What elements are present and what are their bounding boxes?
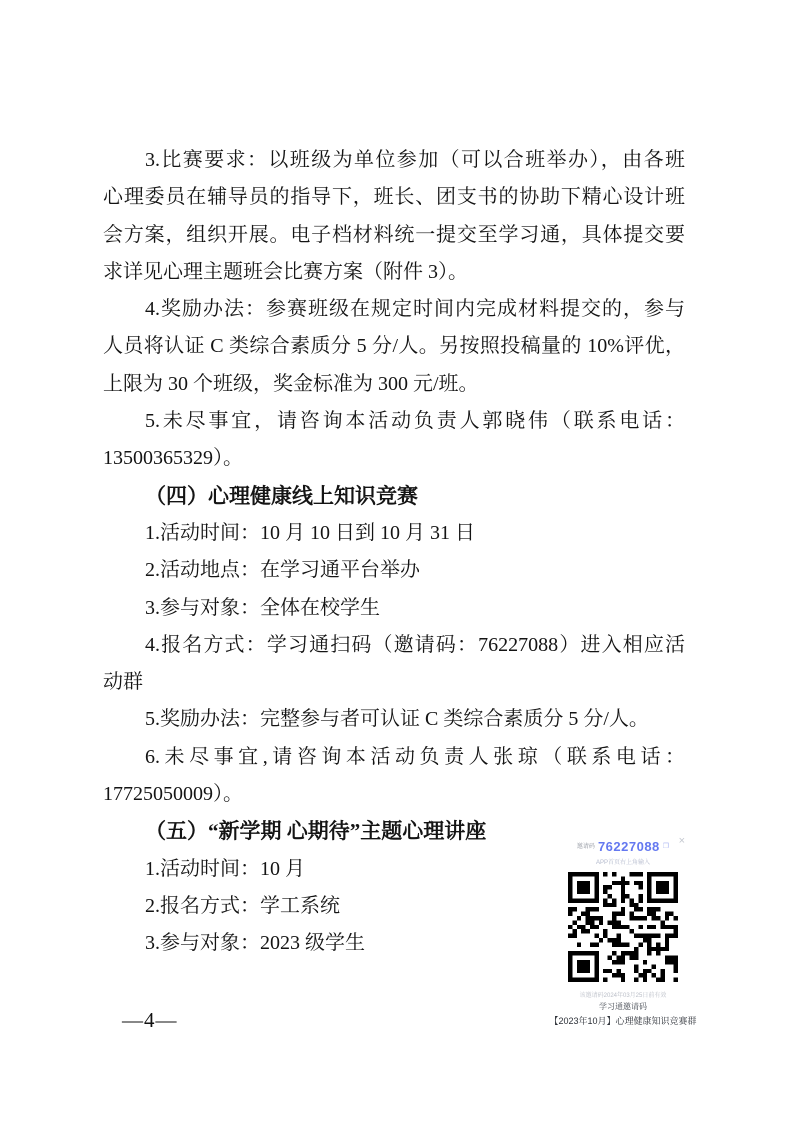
qr-group-name: 【2023年10月】心理健康知识竞赛群 [543,1014,703,1027]
text-line: 4.奖励办法：参赛班级在规定时间内完成材料提交的，参与 [103,291,685,328]
copy-icon[interactable]: ❐ [663,840,669,854]
qr-code [543,872,703,987]
document-page: 3.比赛要求：以班级为单位参加（可以合班举办），由各班 心理委员在辅导员的指导下… [0,0,793,1122]
text-line: 3.比赛要求：以班级为单位参加（可以合班举办），由各班 [103,142,685,179]
text-line: 2.活动地点：在学习通平台举办 [103,552,685,589]
xuexitong-qr-popup: × 邀请码 76227088 ❐ APP首页右上角输入 该邀请码2024年03月… [543,828,703,1016]
invite-code-label: 邀请码 [577,840,595,854]
text-line: 4.报名方式：学习通扫码（邀请码：76227088）进入相应活 [103,627,685,664]
text-line: 求详见心理主题班会比赛方案（附件 3）。 [103,254,685,291]
phone-number-line: 17725050009）。 [103,776,685,813]
qr-code-image [568,872,678,982]
text-line: 动群 [103,664,685,701]
qr-hint-text: APP首页右上角输入 [543,857,703,866]
close-icon[interactable]: × [679,836,685,847]
qr-validity-text: 该邀请码2024年03月25日前有效 [543,990,703,999]
text-line: 6.未尽事宜,请咨询本活动负责人张琼（联系电话： [103,739,685,776]
invite-code-value: 76227088 [598,840,660,854]
text-line: 上限为 30 个班级，奖金标准为 300 元/班。 [103,366,685,403]
text-line: 5.未尽事宜，请咨询本活动负责人郭晓伟（联系电话： [103,403,685,440]
text-line: 心理委员在辅导员的指导下，班长、团支书的协助下精心设计班 [103,179,685,216]
text-line: 会方案，组织开展。电子档材料统一提交至学习通，具体提交要 [103,217,685,254]
text-line: 5.奖励办法：完整参与者可认证 C 类综合素质分 5 分/人。 [103,701,685,738]
qr-source-text: 学习通邀请码 [543,1001,703,1012]
text-line: 3.参与对象：全体在校学生 [103,590,685,627]
page-number: —4— [122,1008,178,1033]
text-line: 1.活动时间：10 月 10 日到 10 月 31 日 [103,515,685,552]
phone-number-line: 13500365329）。 [103,440,685,477]
text-line: 人员将认证 C 类综合素质分 5 分/人。另按照投稿量的 10%评优， [103,328,685,365]
section-heading-4: （四）心理健康线上知识竞赛 [103,478,685,515]
